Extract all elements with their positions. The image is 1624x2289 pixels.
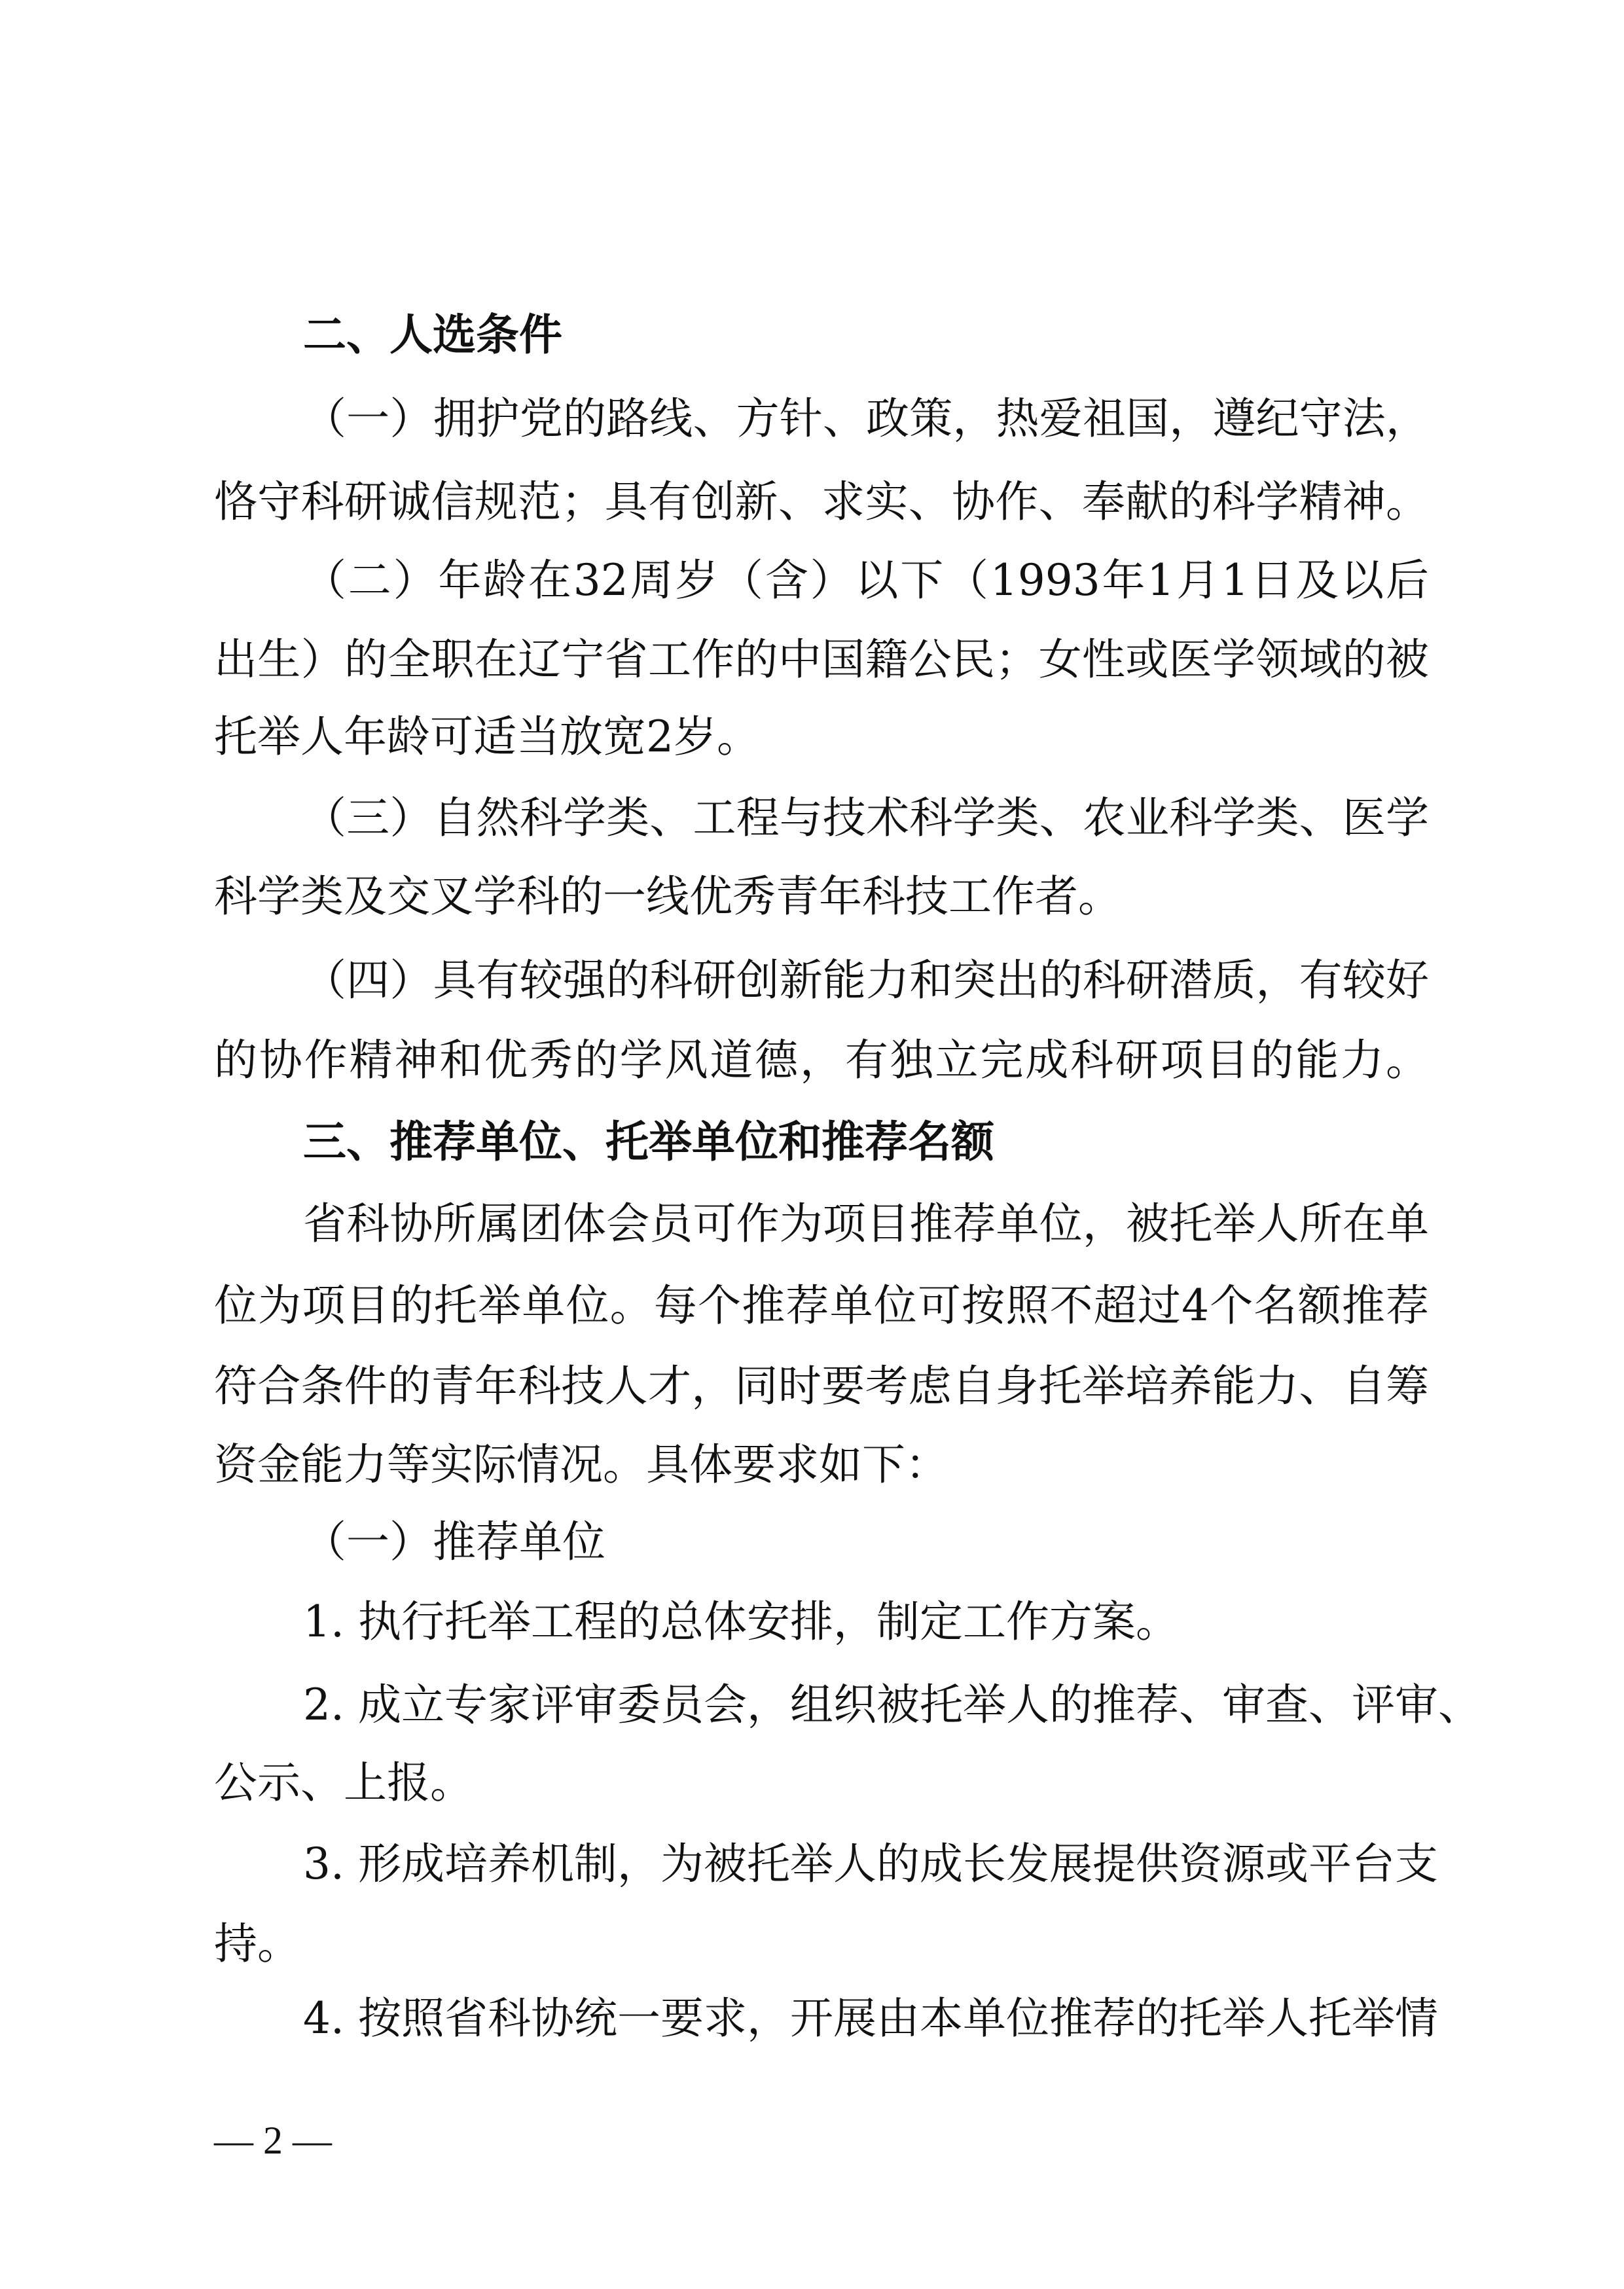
- paragraph-line: 1. 执行托举工程的总体安排，制定工作方案。: [214, 1596, 1429, 1648]
- paragraph-line: 恪守科研诚信规范；具有创新、求实、协作、奉献的科学精神。: [214, 476, 1429, 528]
- paragraph-line: 资金能力等实际情况。具体要求如下：: [214, 1439, 1429, 1491]
- paragraph-line: （三）自然科学类、工程与技术科学类、农业科学类、医学: [214, 792, 1429, 844]
- paragraph-line: 出生）的全职在辽宁省工作的中国籍公民；女性或医学领域的被: [214, 634, 1429, 686]
- paragraph-line: （一）推荐单位: [214, 1516, 1429, 1568]
- paragraph-line: 4. 按照省科协统一要求，开展由本单位推荐的托举人托举情: [214, 1992, 1429, 2045]
- section-heading: 二、人选条件: [214, 309, 1429, 361]
- paragraph-line: 持。: [214, 1918, 1429, 1970]
- document-page: 二、人选条件（一）拥护党的路线、方针、政策，热爱祖国，遵纪守法，恪守科研诚信规范…: [0, 0, 1624, 2289]
- paragraph-line: 科学类及交叉学科的一线优秀青年科技工作者。: [214, 871, 1429, 923]
- paragraph-line: （一）拥护党的路线、方针、政策，热爱祖国，遵纪守法，: [214, 393, 1429, 445]
- section-heading: 三、推荐单位、托举单位和推荐名额: [214, 1116, 1429, 1168]
- paragraph-line: 的协作精神和优秀的学风道德，有独立完成科研项目的能力。: [214, 1034, 1429, 1087]
- paragraph-line: （四）具有较强的科研创新能力和突出的科研潜质，有较好: [214, 954, 1429, 1007]
- paragraph-line: 托举人年龄可适当放宽2岁。: [214, 711, 1429, 763]
- paragraph-line: 3. 形成培养机制，为被托举人的成长发展提供资源或平台支: [214, 1838, 1429, 1890]
- paragraph-line: 省科协所属团体会员可作为项目推荐单位，被托举人所在单: [214, 1198, 1429, 1250]
- paragraph-line: 2. 成立专家评审委员会，组织被托举人的推荐、审查、评审、: [214, 1679, 1429, 1731]
- paragraph-line: 符合条件的青年科技人才，同时要考虑自身托举培养能力、自筹: [214, 1360, 1429, 1413]
- paragraph-line: （二）年龄在32周岁（含）以下（1993年1月1日及以后: [214, 554, 1429, 607]
- page-number: — 2 —: [214, 2114, 332, 2167]
- paragraph-line: 位为项目的托举单位。每个推荐单位可按照不超过4个名额推荐: [214, 1280, 1429, 1332]
- paragraph-line: 公示、上报。: [214, 1757, 1429, 1809]
